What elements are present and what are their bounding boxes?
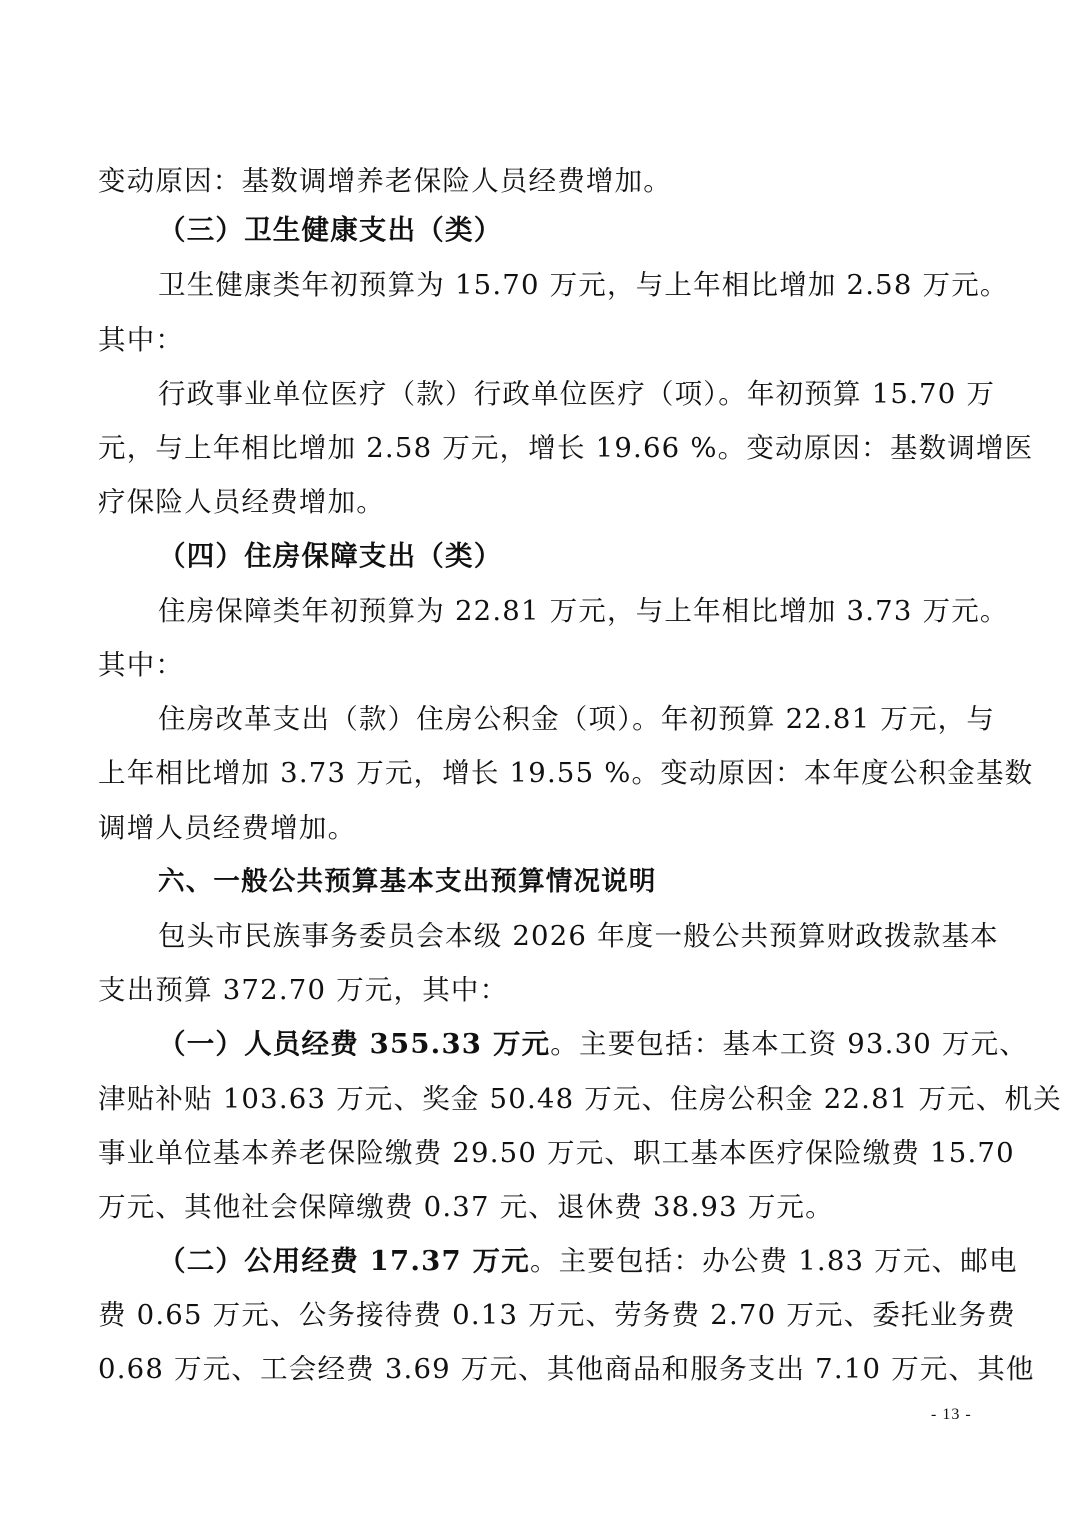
section-heading-health: （三）卫生健康支出（类） — [158, 212, 502, 248]
paragraph-line: 其中： — [98, 322, 184, 358]
paragraph-line: 卫生健康类年初预算为 15.70 万元，与上年相比增加 2.58 万元。 — [158, 267, 1009, 303]
paragraph-line: 津贴补贴 103.63 万元、奖金 50.48 万元、住房公积金 22.81 万… — [98, 1081, 1062, 1117]
public-expense-text: 。主要包括：办公费 1.83 万元、邮电 — [530, 1245, 1018, 1277]
paragraph-line-personnel: （一）人员经费 355.33 万元。主要包括：基本工资 93.30 万元、 — [158, 1026, 1028, 1062]
paragraph-line: 疗保险人员经费增加。 — [98, 484, 385, 520]
paragraph-line: 其中： — [98, 647, 184, 683]
paragraph-line-public: （二）公用经费 17.37 万元。主要包括：办公费 1.83 万元、邮电 — [158, 1243, 1018, 1279]
personnel-expense-label: （一）人员经费 355.33 万元 — [158, 1028, 550, 1060]
section-heading-basic-expenditure: 六、一般公共预算基本支出预算情况说明 — [158, 864, 657, 900]
paragraph-line: 万元、其他社会保障缴费 0.37 元、退休费 38.93 万元。 — [98, 1189, 834, 1225]
paragraph-line: 支出预算 372.70 万元，其中： — [98, 972, 508, 1008]
document-page: 变动原因：基数调增养老保险人员经费增加。 （三）卫生健康支出（类） 卫生健康类年… — [0, 0, 1075, 1520]
paragraph-line: 上年相比增加 3.73 万元，增长 19.55 %。变动原因：本年度公积金基数 — [98, 755, 1033, 791]
paragraph-line: 元，与上年相比增加 2.58 万元，增长 19.66 %。变动原因：基数调增医 — [98, 430, 1033, 466]
public-expense-label: （二）公用经费 17.37 万元 — [158, 1245, 530, 1277]
paragraph-line: 住房改革支出（款）住房公积金（项）。年初预算 22.81 万元，与 — [158, 701, 995, 737]
paragraph-line: 行政事业单位医疗（款）行政单位医疗（项）。年初预算 15.70 万 — [158, 376, 995, 412]
paragraph-line: 住房保障类年初预算为 22.81 万元，与上年相比增加 3.73 万元。 — [158, 593, 1009, 629]
personnel-expense-text: 。主要包括：基本工资 93.30 万元、 — [550, 1028, 1028, 1060]
paragraph-line: 事业单位基本养老保险缴费 29.50 万元、职工基本医疗保险缴费 15.70 — [98, 1135, 1015, 1171]
paragraph-line: 包头市民族事务委员会本级 2026 年度一般公共预算财政拨款基本 — [158, 918, 999, 954]
paragraph-line: 变动原因：基数调增养老保险人员经费增加。 — [98, 163, 672, 199]
paragraph-line: 0.68 万元、工会经费 3.69 万元、其他商品和服务支出 7.10 万元、其… — [98, 1351, 1035, 1387]
section-heading-housing: （四）住房保障支出（类） — [158, 538, 502, 574]
paragraph-line: 调增人员经费增加。 — [98, 810, 356, 846]
paragraph-line: 费 0.65 万元、公务接待费 0.13 万元、劳务费 2.70 万元、委托业务… — [98, 1297, 1016, 1333]
page-number: - 13 - — [931, 1406, 972, 1424]
